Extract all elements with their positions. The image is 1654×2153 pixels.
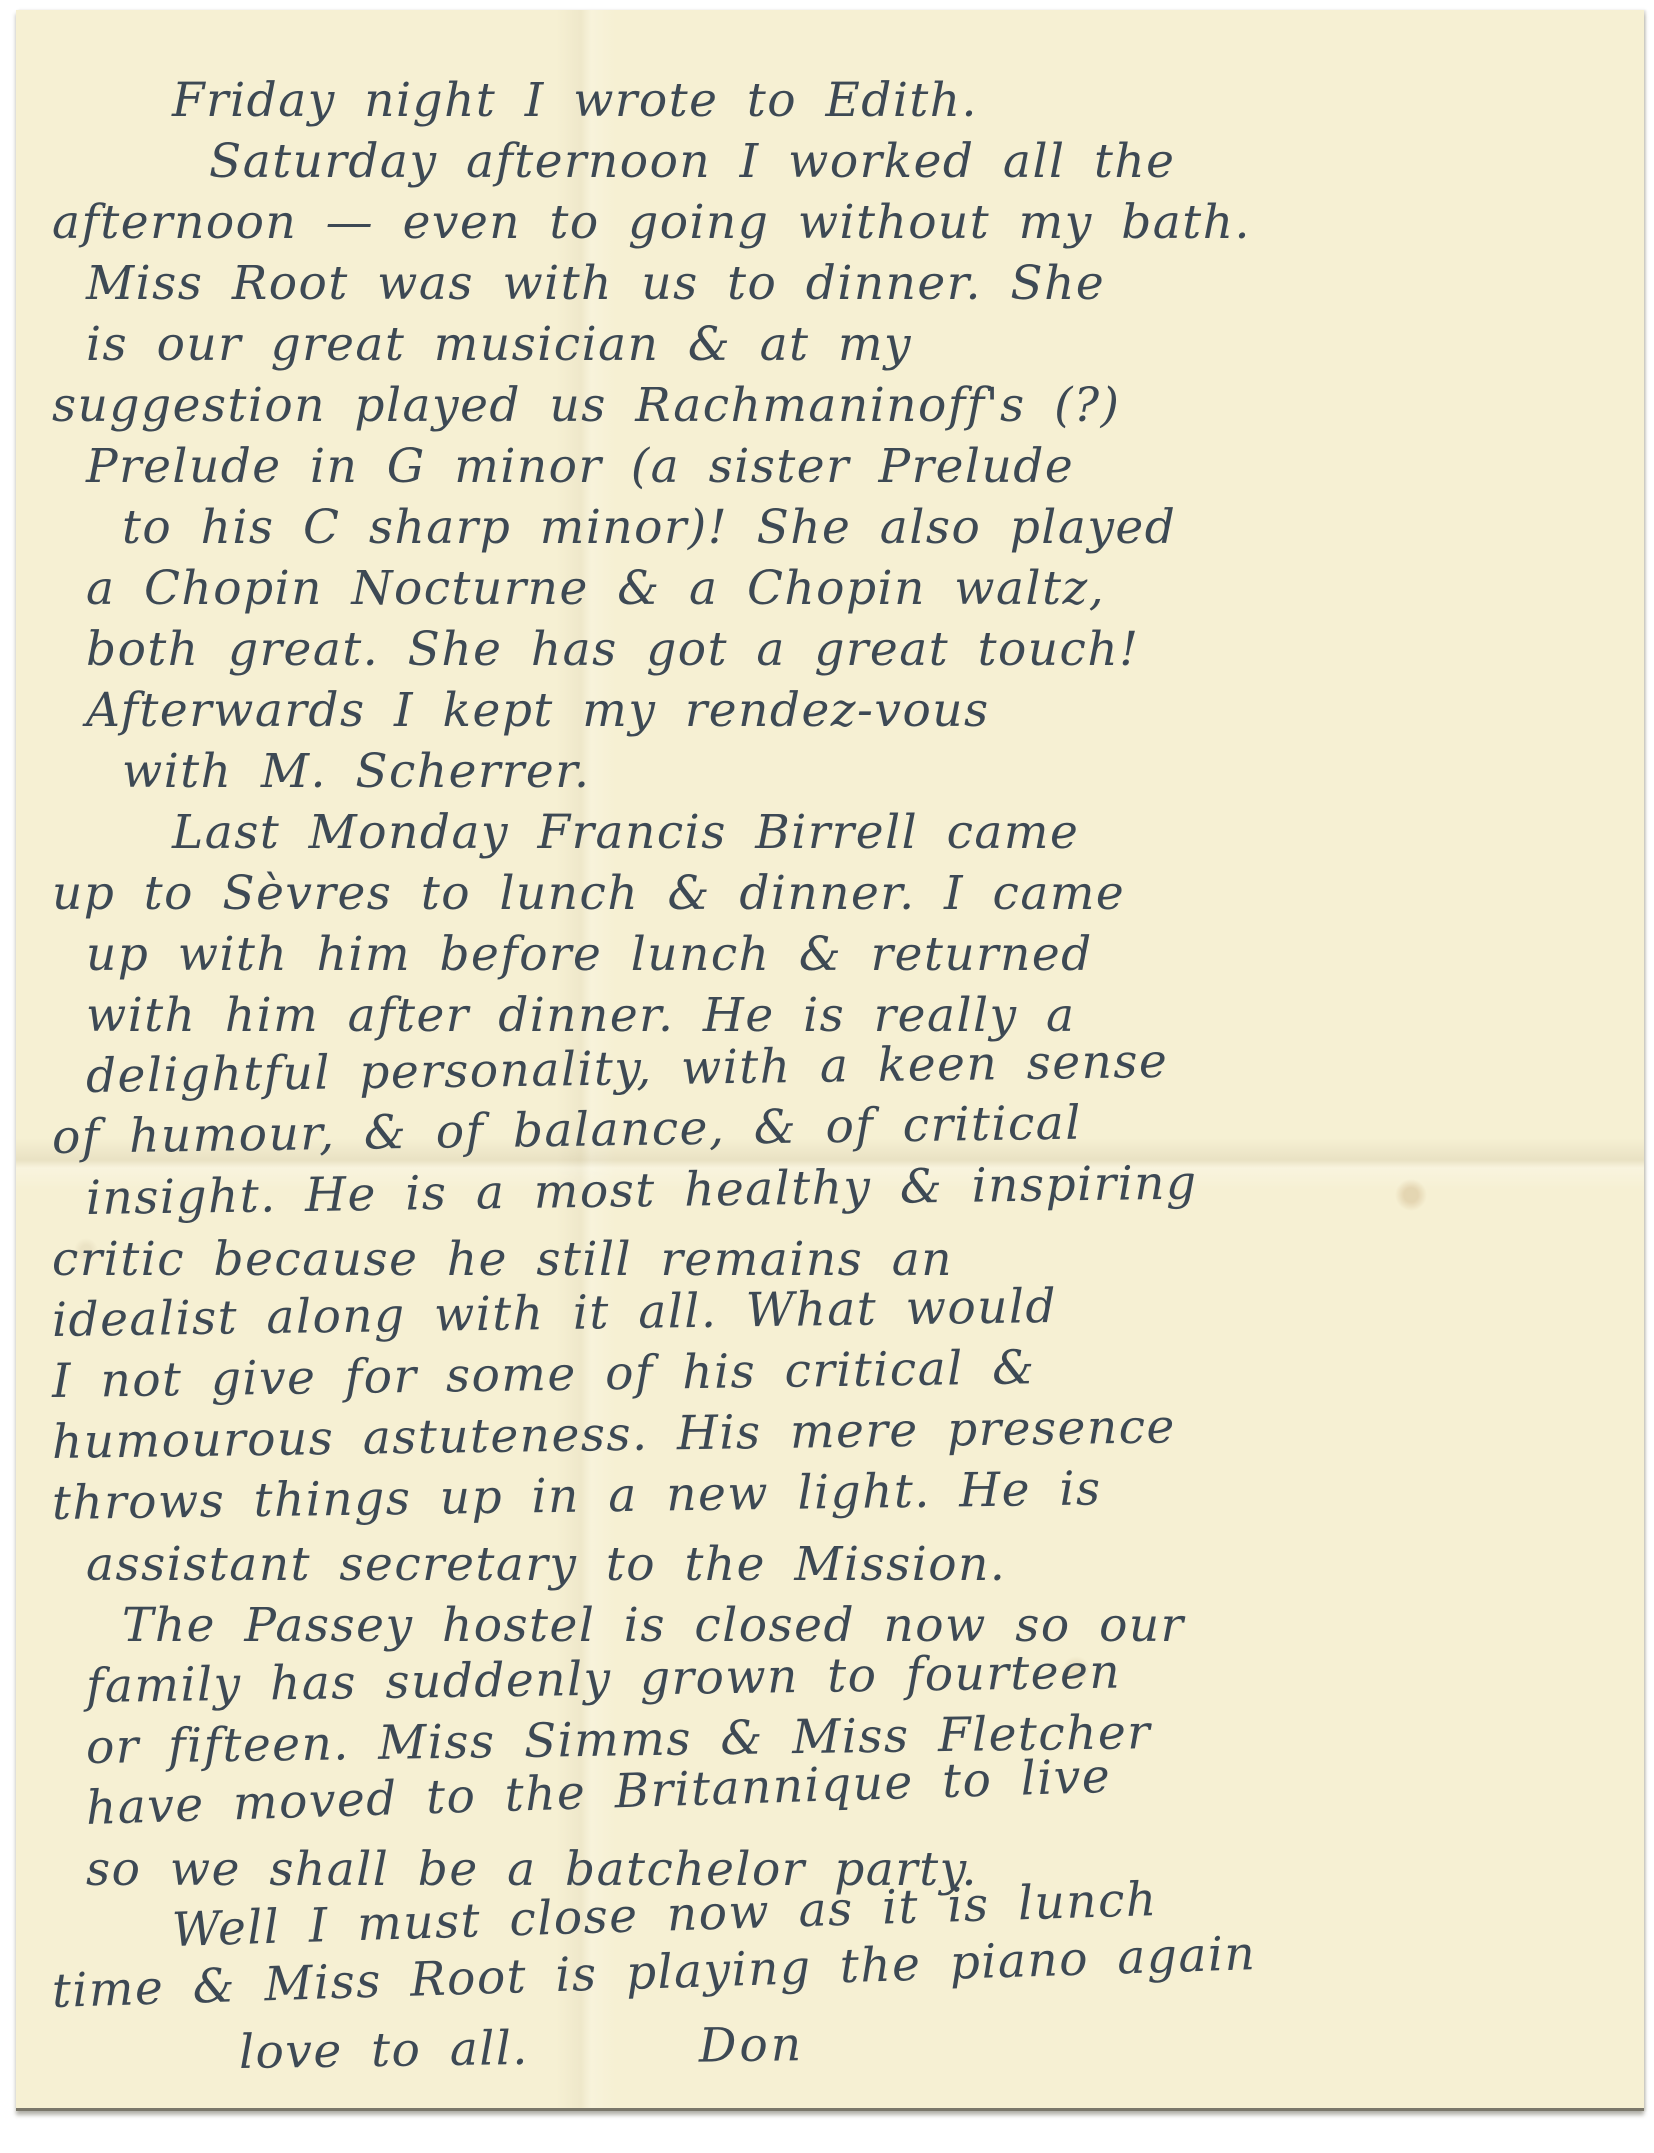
letter-closing: love to all. xyxy=(239,2021,530,2080)
signature: Don xyxy=(698,2017,804,2073)
letter-line: a Chopin Nocturne & a Chopin waltz, xyxy=(86,558,1624,619)
letter-line: up with him before lunch & returned xyxy=(86,924,1624,985)
letter-line: afternoon — even to going without my bat… xyxy=(52,192,1624,253)
letter-line: both great. She has got a great touch! xyxy=(86,619,1624,680)
letter-line: Miss Root was with us to dinner. She xyxy=(86,253,1624,314)
letter-text: Friday night I wrote to Edith. Saturday … xyxy=(44,70,1624,2083)
scan-background: Friday night I wrote to Edith. Saturday … xyxy=(0,0,1654,2153)
letter-line: up to Sèvres to lunch & dinner. I came xyxy=(52,863,1624,924)
letter-line: with M. Scherrer. xyxy=(122,741,1624,802)
letter-line: is our great musician & at my xyxy=(86,314,1624,375)
letter-line: suggestion played us Rachmaninoff's (?) xyxy=(52,375,1624,436)
letter-line: Prelude in G minor (a sister Prelude xyxy=(86,436,1624,497)
letter-line: Friday night I wrote to Edith. xyxy=(172,70,1624,131)
letter-line: Saturday afternoon I worked all the xyxy=(209,131,1624,192)
letter-line: Afterwards I kept my rendez-vous xyxy=(86,680,1624,741)
letter-line: Last Monday Francis Birrell came xyxy=(172,802,1624,863)
signature-gap xyxy=(529,2062,699,2064)
letter-line: to his C sharp minor)! She also played xyxy=(122,497,1624,558)
letter-closing-line: love to all.Don xyxy=(239,2003,1625,2083)
letter-line: assistant secretary to the Mission. xyxy=(86,1534,1624,1595)
letter-page: Friday night I wrote to Edith. Saturday … xyxy=(16,10,1644,2111)
